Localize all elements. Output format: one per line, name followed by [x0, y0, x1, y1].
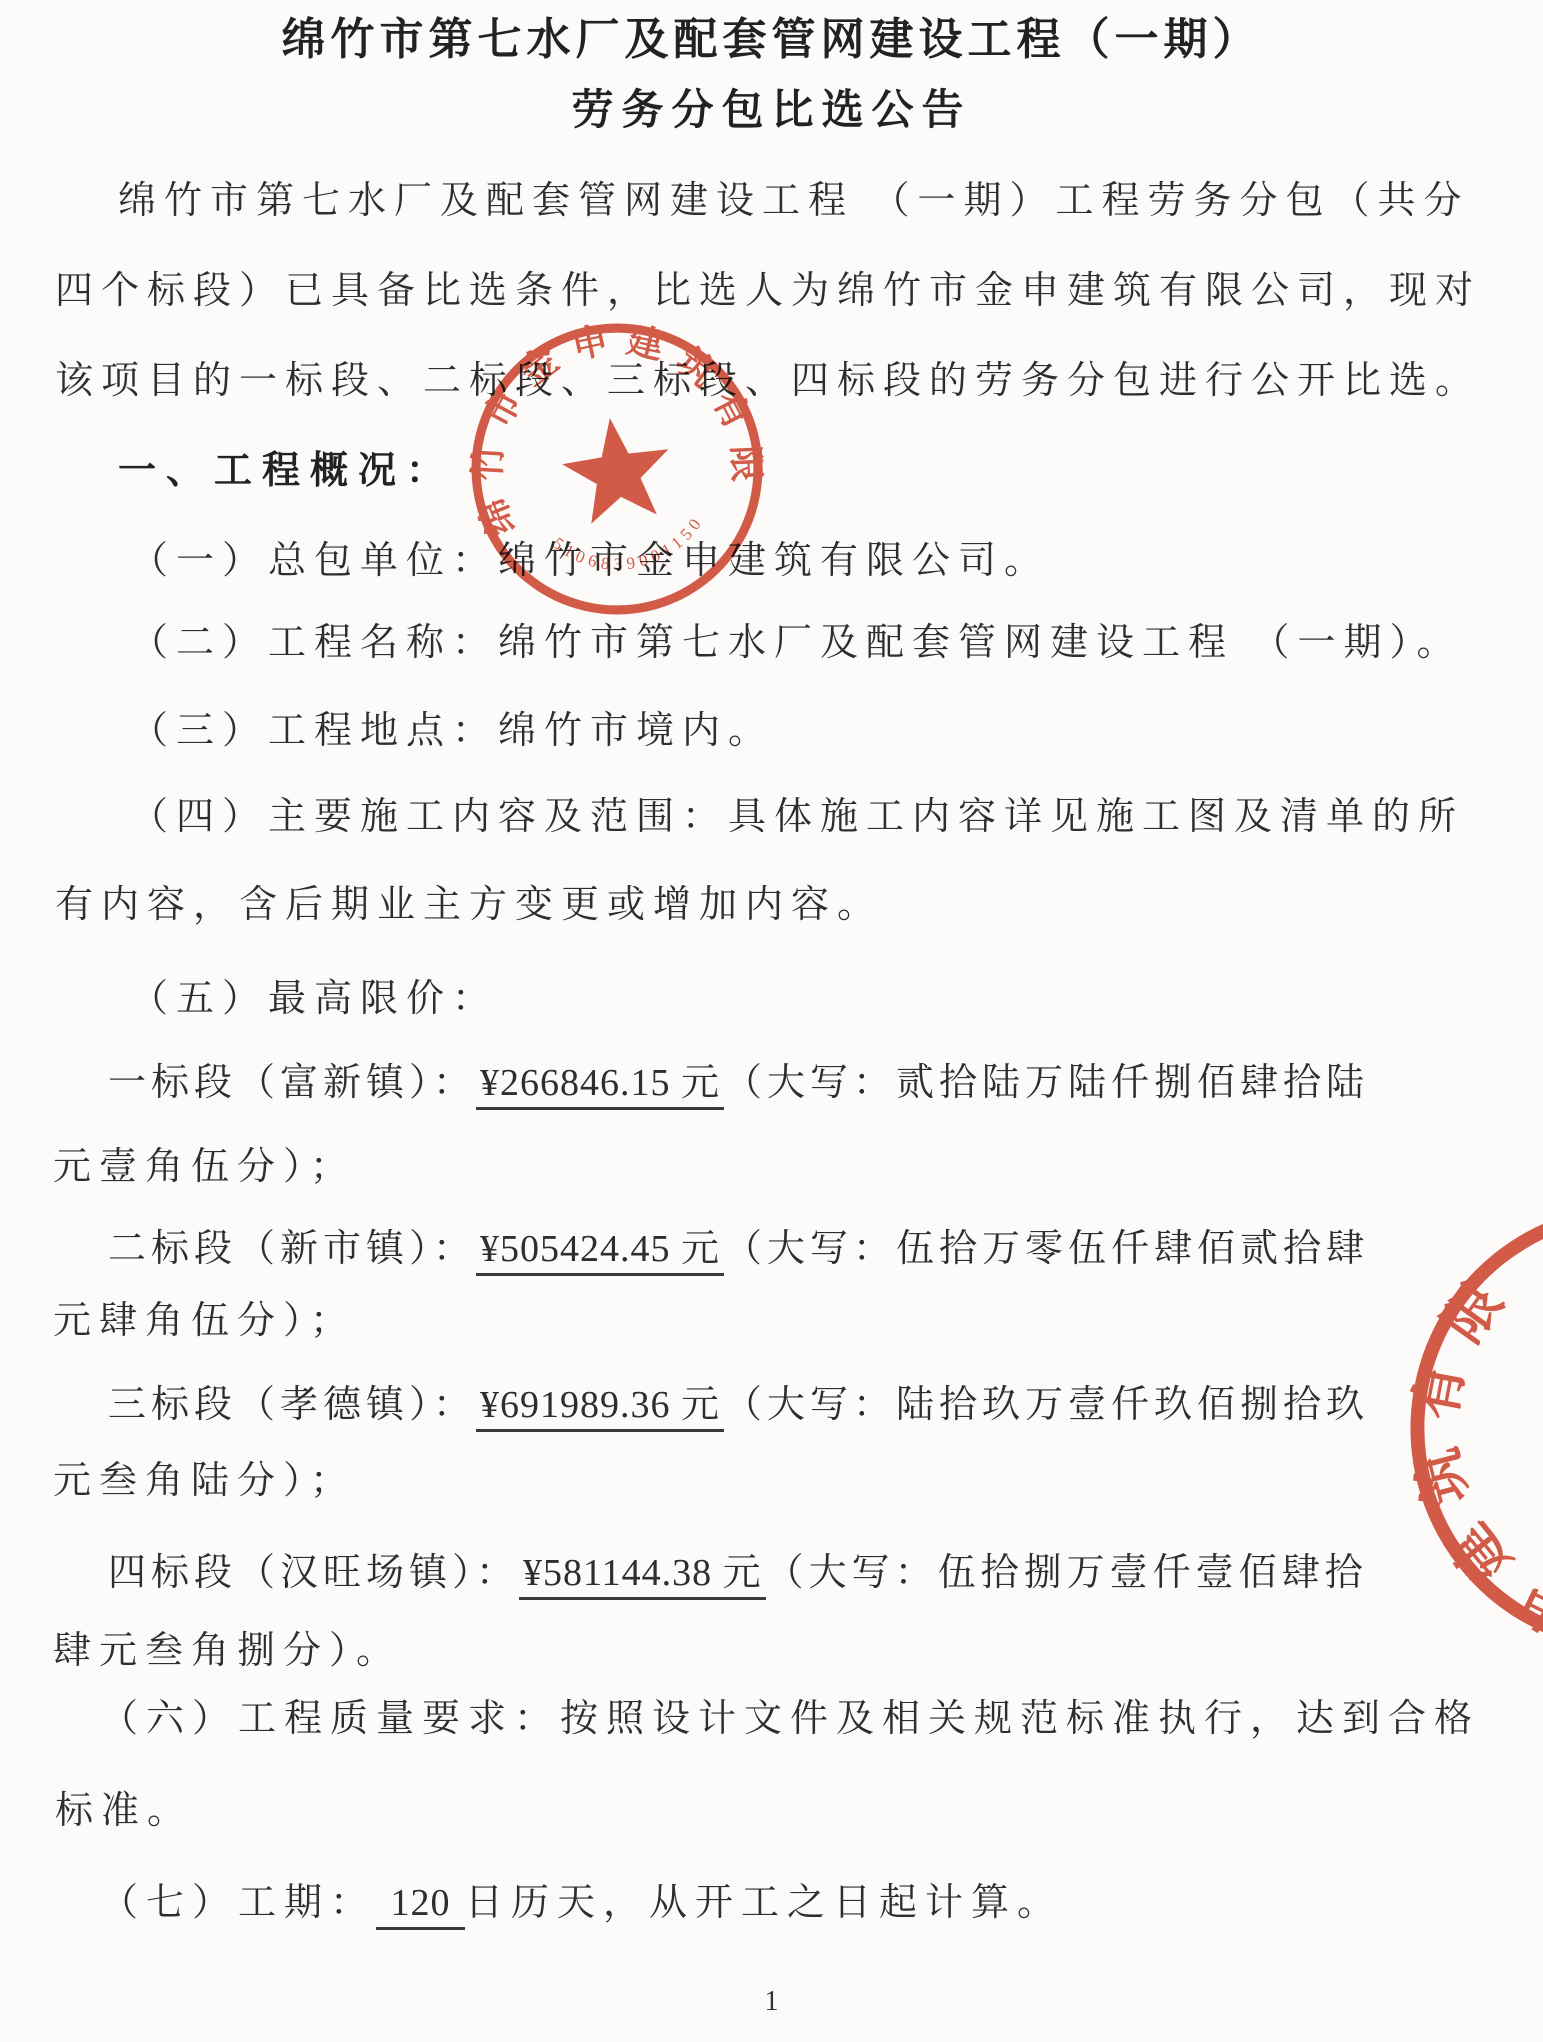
bid4-label: 四标段（汉旺场镇）：: [108, 1552, 519, 1594]
document-title-line2: 劳务分包比选公告: [0, 90, 1543, 132]
text-line-bid4-cont: 肆元叁角捌分）。: [53, 1628, 402, 1676]
text-line-scope-2: 有内容，含后期业主方变更或增加内容。: [55, 882, 883, 930]
text-line-location: （三）工程地点：绵竹市境内。: [130, 708, 774, 756]
bid1-amount-underlined: ¥266846.15 元: [476, 1062, 724, 1110]
bid3-amount-words: （大写：陆拾玖万壹仟玖佰捌拾玖: [724, 1384, 1369, 1426]
text-line-intro-1: 绵竹市第七水厂及配套管网建设工程 （一期）工程劳务分包（共分: [118, 178, 1470, 226]
text-line-bid3-cont: 元叁角陆分）；: [53, 1458, 356, 1506]
page-number: 1: [0, 1986, 1543, 2018]
seal-star-icon: [557, 411, 677, 527]
text-line-bid3: 三标段（孝德镇）：¥691989.36 元（大写：陆拾玖万壹仟玖佰捌拾玖: [108, 1382, 1369, 1430]
duration-suffix: 日历天，从开工之日起计算。: [465, 1882, 1063, 1924]
text-line-bid4: 四标段（汉旺场镇）：¥581144.38 元（大写：伍拾捌万壹仟壹佰肆拾: [108, 1550, 1368, 1598]
partial-seal-company-text: 绵竹市金申建筑有限公司: [1317, 1242, 1543, 1745]
document-title-line1: 绵竹市第七水厂及配套管网建设工程（一期）: [0, 18, 1543, 62]
bid3-label: 三标段（孝德镇）：: [108, 1384, 476, 1426]
text-line-price-heading: （五）最高限价：: [130, 976, 498, 1024]
text-line-quality-2: 标准。: [55, 1788, 193, 1836]
section-heading-overview: 一、工程概况：: [118, 448, 454, 496]
text-line-contractor: （一）总包单位：绵竹市金申建筑有限公司。: [130, 538, 1050, 586]
bid2-label: 二标段（新市镇）：: [108, 1228, 476, 1270]
bid4-amount-words: （大写：伍拾捌万壹仟壹佰肆拾: [766, 1552, 1368, 1594]
partial-seal-company-textpath: 绵竹市金申建筑有限公司: [1317, 1242, 1543, 1745]
seal-company-textpath: 绵竹市金申建筑有限公司: [446, 298, 772, 545]
seal-company-text: 绵竹市金申建筑有限公司: [446, 298, 772, 545]
bid1-amount-words: （大写：贰拾陆万陆仟捌佰肆拾陆: [724, 1062, 1369, 1104]
text-line-quality-1: （六）工程质量要求：按照设计文件及相关规范标准执行，达到合格: [100, 1696, 1480, 1744]
bid4-amount-underlined: ¥581144.38 元: [519, 1552, 766, 1600]
text-line-intro-3: 该项目的一标段、二标段、三标段、四标段的劳务分包进行公开比选。: [55, 358, 1481, 406]
text-line-scope-1: （四）主要施工内容及范围：具体施工内容详见施工图及清单的所: [130, 794, 1464, 842]
text-line-project-name: （二）工程名称：绵竹市第七水厂及配套管网建设工程 （一期）。: [130, 620, 1463, 668]
company-seal-stamp: 绵竹市金申建筑有限公司 5106839001150: [446, 298, 787, 639]
text-line-bid2: 二标段（新市镇）：¥505424.45 元（大写：伍拾万零伍仟肆佰贰拾肆: [108, 1226, 1369, 1274]
duration-label: （七）工期：: [100, 1882, 376, 1924]
text-line-bid2-cont: 元肆角伍分）；: [53, 1298, 356, 1346]
text-line-duration: （七）工期： 120 日历天，从开工之日起计算。: [100, 1880, 1063, 1928]
company-seal-graphic: 绵竹市金申建筑有限公司 5106839001150: [446, 298, 787, 639]
bid2-amount-words: （大写：伍拾万零伍仟肆佰贰拾肆: [724, 1228, 1369, 1270]
bid2-amount-underlined: ¥505424.45 元: [476, 1228, 724, 1276]
document-page: 绵竹市第七水厂及配套管网建设工程（一期） 劳务分包比选公告 绵竹市第七水厂及配套…: [0, 0, 1543, 2042]
bid1-label: 一标段（富新镇）：: [108, 1062, 476, 1104]
text-line-bid1-cont: 元壹角伍分）；: [53, 1144, 356, 1192]
text-line-intro-2: 四个标段）已具备比选条件，比选人为绵竹市金申建筑有限公司，现对: [55, 268, 1481, 316]
bid3-amount-underlined: ¥691989.36 元: [476, 1384, 724, 1432]
duration-days-underlined: 120: [376, 1882, 465, 1930]
text-line-bid1: 一标段（富新镇）：¥266846.15 元（大写：贰拾陆万陆仟捌佰肆拾陆: [108, 1060, 1369, 1108]
